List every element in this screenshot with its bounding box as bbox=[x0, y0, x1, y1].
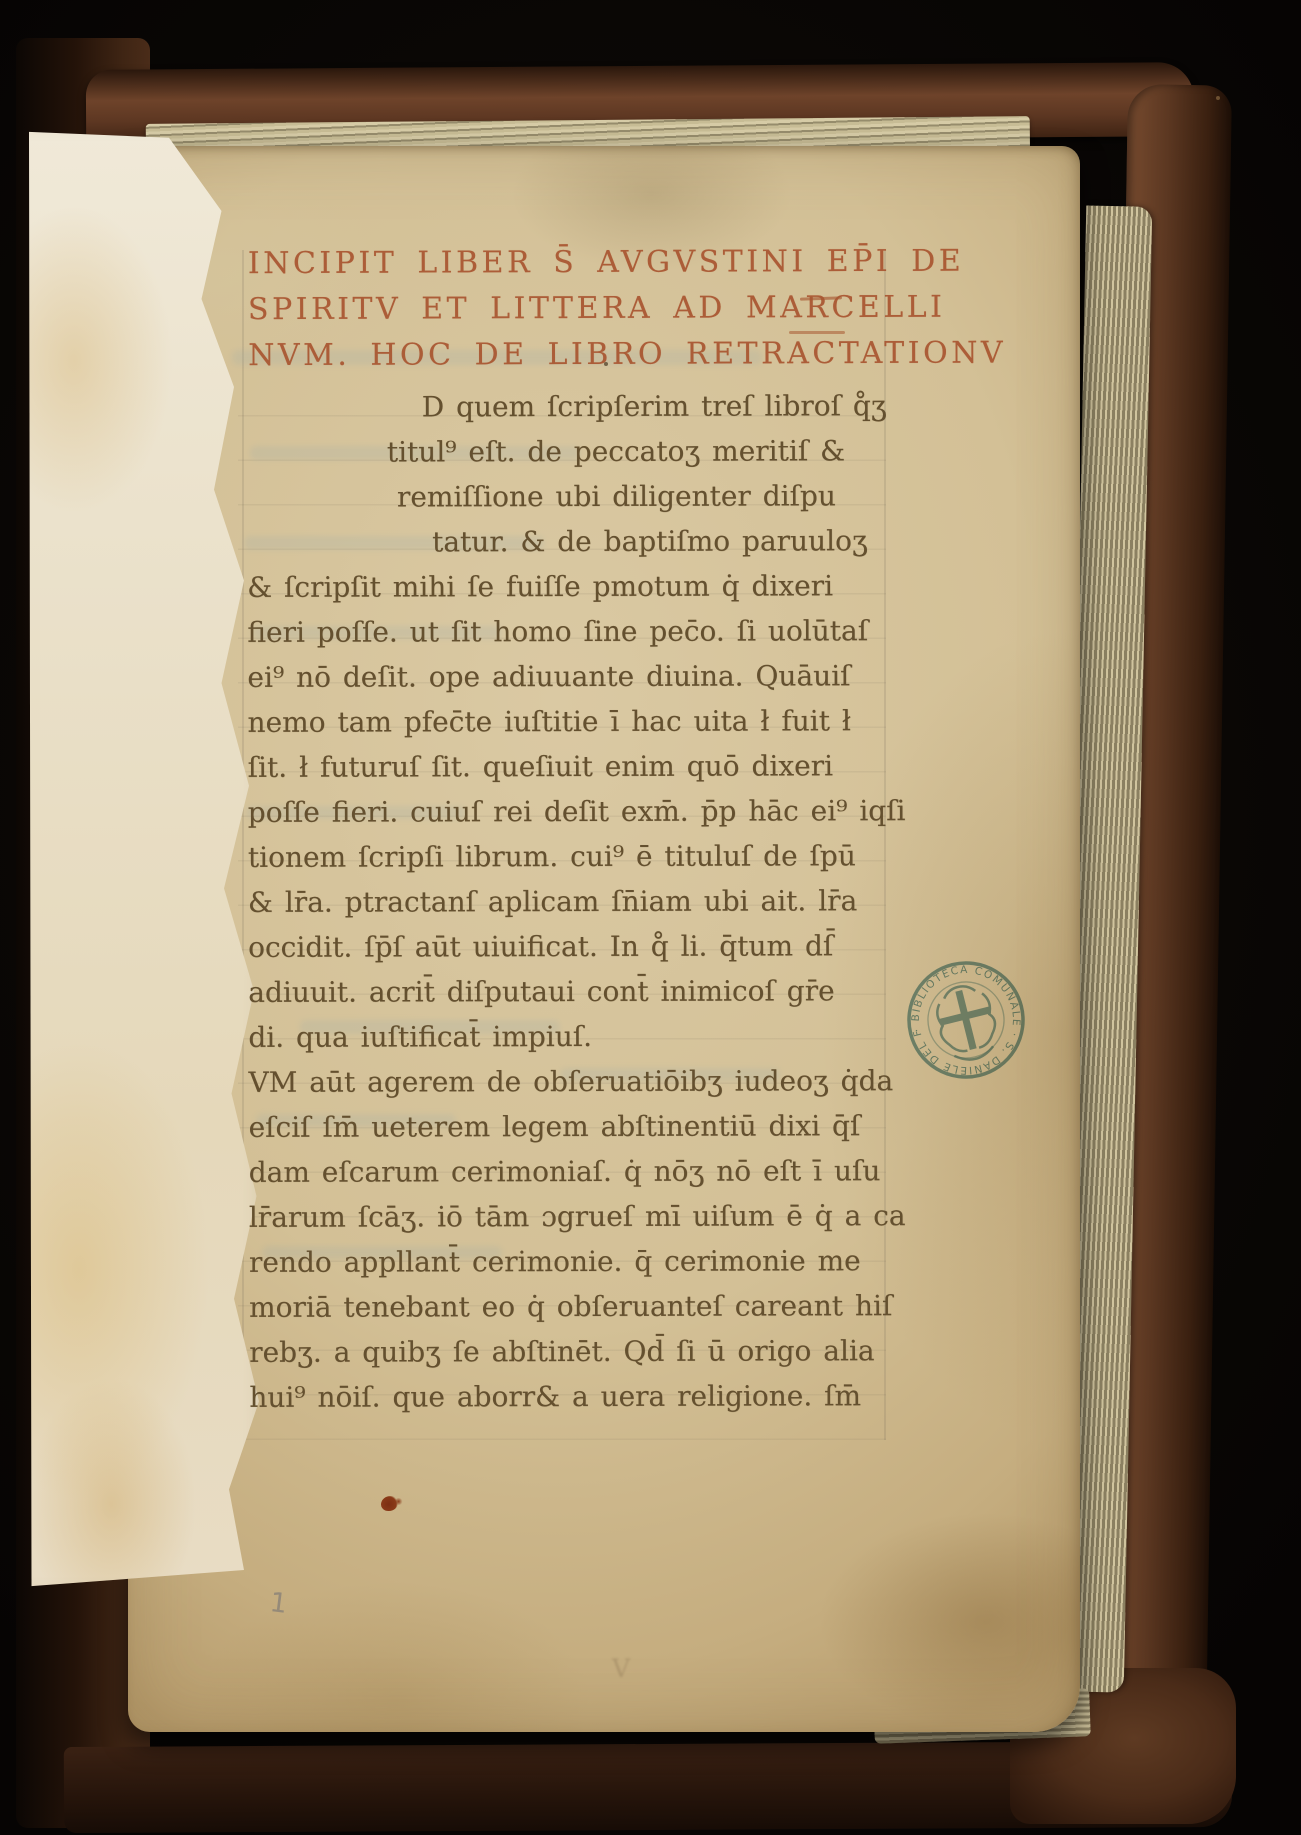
rubric-line: NVM. HOC DE LIBRO RETRACTATIONV bbox=[248, 331, 908, 379]
manuscript-text-block: D quem ſcripſerim treſ libroſ q̊ʒtitul⁹ … bbox=[247, 383, 910, 1420]
text-line: VM aūt agerem de obſeruatiōibʒ iudeoʒ q̇… bbox=[248, 1058, 908, 1105]
text-line: moriā tenebant eo q̇ obſeruanteſ careant… bbox=[249, 1283, 909, 1330]
text-line: lr̄arum ſcāʒ. iō tām ɔgrueſ mī uiſum ē q… bbox=[249, 1193, 909, 1240]
text-line: occidit. ſp̄ſ aūt uiuificat. In q̊ li. q… bbox=[248, 923, 908, 970]
text-line: rebʒ. a quibʒ ſe abſtinēt. Qd̄ ſi ū orig… bbox=[249, 1328, 909, 1375]
text-line: remiſſione ubi diligenter diſpu bbox=[247, 473, 907, 520]
margin-dash bbox=[789, 331, 845, 334]
text-line: & ſcripſit mihi ſe fuiſſe pmotum q̇ dixe… bbox=[247, 563, 907, 610]
rubric-title: INCIPIT LIBER S̄ AVGVSTINI EP̄I DESPIRIT… bbox=[248, 239, 908, 379]
rubric-line: INCIPIT LIBER S̄ AVGVSTINI EP̄I DE bbox=[248, 239, 908, 287]
text-line: ſit. ł futuruſ ſit. queſiuit enim quō di… bbox=[248, 743, 908, 790]
faded-catchword: V bbox=[612, 1654, 630, 1683]
text-line: dam eſcarum cerimoniaſ. q̇ nōʒ nō eſt ī … bbox=[249, 1148, 909, 1195]
text-line: nemo tam pfec̄te iuſtitie ī hac uita ł f… bbox=[247, 698, 907, 745]
speck bbox=[604, 362, 608, 366]
text-line: ei⁹ nō deſit. ope adiuuante diuina. Quāu… bbox=[247, 653, 907, 700]
text-line: tionem ſcripſi librum. cui⁹ ē tituluſ de… bbox=[248, 833, 908, 880]
text-line: adiuuit. acrit̄ diſputaui cont̄ inimicoſ… bbox=[248, 968, 908, 1015]
text-line: poſſe fieri. cuiuſ rei deſit exm̄. p̄p h… bbox=[248, 788, 908, 835]
text-line: fieri poſſe. ut ſit homo ſine pec̄o. ſi … bbox=[247, 608, 907, 655]
margin-ruling-left bbox=[242, 250, 244, 1440]
text-line: & lr̄a. ptractanſ aplicam ſn̄iam ubi ait… bbox=[248, 878, 908, 925]
text-line: D quem ſcripſerim treſ libroſ q̊ʒ bbox=[247, 383, 907, 430]
text-line: tatur. & de baptiſmo paruuloʒ bbox=[247, 518, 907, 565]
text-line: titul⁹ eſt. de peccatoʒ meritiſ & bbox=[247, 428, 907, 475]
speck bbox=[1216, 96, 1220, 100]
text-line: di. qua iuſtificat̄ impiuſ. bbox=[248, 1013, 908, 1060]
text-line: hui⁹ nōiſ. que aborr& a uera religione. … bbox=[249, 1373, 909, 1420]
text-line: rendo appllant̄ cerimonie. q̄ cerimonie … bbox=[249, 1238, 909, 1285]
text-line: eſciſ ſm̄ ueterem legem abſtinentiū dixi… bbox=[249, 1103, 909, 1150]
manuscript-photo: INCIPIT LIBER S̄ AVGVSTINI EP̄I DESPIRIT… bbox=[0, 0, 1301, 1835]
rubric-line: SPIRITV ET LITTERA AD MARCELLI bbox=[248, 285, 908, 333]
